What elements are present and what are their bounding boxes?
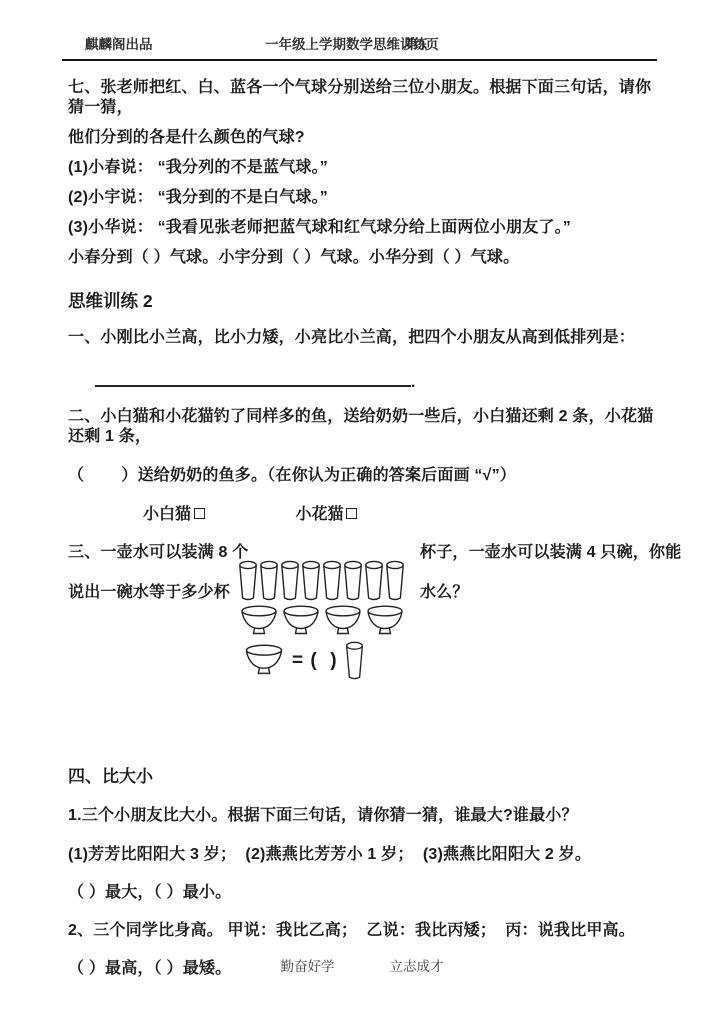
bowl-icon xyxy=(324,605,362,638)
worksheet-page: 麒麟阁出品 一年级上学期数学思维训练 第3页 七、张老师把红、白、蓝各一个气球分… xyxy=(0,0,724,1024)
option-white-cat-label: 小白猫 xyxy=(143,506,191,523)
cup-icon xyxy=(385,560,405,602)
cup-icon xyxy=(301,560,321,602)
header-publisher: 麒麟阁出品 xyxy=(85,33,153,53)
t2-q1-period: . xyxy=(411,374,415,391)
cup-icon xyxy=(344,641,365,681)
cup-icon xyxy=(280,560,300,602)
footer-motto-1: 勤奋好学 xyxy=(281,955,335,975)
bowl-icon xyxy=(242,644,286,678)
bowl-icon xyxy=(240,605,278,638)
cup-icon xyxy=(259,560,279,602)
header-rule xyxy=(62,59,657,61)
bowl-equals-cups-equation: = ( ) xyxy=(242,641,365,681)
cups-illustration-row xyxy=(238,560,405,602)
q4-p1-answer: （ ）最大，（ ）最小。 xyxy=(68,883,664,903)
header-page-number: 第3页 xyxy=(405,33,439,53)
cup-icon xyxy=(238,560,258,602)
q4-p1-line2: (1)芳芳比阳阳大 3 岁； (2)燕燕比芳芳小 1 岁； (3)燕燕比阳阳大 … xyxy=(68,845,664,865)
t2-q3: 三、一壶水可以装满 8 个 杯子，一壶水可以装满 4 只碗，你能 说出一碗水等于… xyxy=(68,543,664,679)
q7-answer-line: 小春分到（ ）气球。小宇分到（ ）气球。小华分到（ ）气球。 xyxy=(68,248,664,268)
q4-p2-line1: 2、三个同学比身高。 甲说：我比乙高； 乙说：我比丙矮； 丙：说我比甲高。 xyxy=(68,921,664,941)
equation-text: = ( ) xyxy=(292,650,338,672)
t2-q2-options: 小白猫 小花猫 xyxy=(143,505,664,525)
t2-q3-left-line2: 说出一碗水等于多少杯 xyxy=(68,583,230,603)
tabby-cat-checkbox[interactable] xyxy=(346,508,357,519)
t2-q2-line1: 二、小白猫和小花猫钓了同样多的鱼，送给奶奶一些后，小白猫还剩 2 条，小花猫还剩… xyxy=(68,407,664,447)
t2-q3-right-line1: 杯子，一壶水可以装满 4 只碗，你能 xyxy=(420,543,681,563)
q4-heading: 四、比大小 xyxy=(68,766,664,788)
white-cat-checkbox[interactable] xyxy=(194,508,205,519)
cup-icon xyxy=(364,560,384,602)
q4-p1-line1: 1.三个小朋友比大小。根据下面三句话，请你猜一猜，谁最大?谁最小？ xyxy=(68,806,664,826)
training2-heading: 思维训练 2 xyxy=(68,290,664,312)
t2-q1-text: 一、小刚比小兰高，比小力矮，小亮比小兰高，把四个小朋友从高到低排列是： xyxy=(68,328,664,348)
q7-line2: 他们分到的各是什么颜色的气球? xyxy=(68,128,664,148)
option-white-cat: 小白猫 xyxy=(143,505,205,525)
footer-motto: 勤奋好学 立志成才 xyxy=(0,955,724,975)
bowls-illustration-row xyxy=(240,605,404,638)
bowl-icon xyxy=(282,605,320,638)
t2-q1-blank-row: . xyxy=(95,372,664,391)
option-tabby-cat: 小花猫 xyxy=(295,505,357,525)
q7-clue2: (2)小宇说： “我分到的不是白气球。” xyxy=(68,188,664,208)
header-title: 一年级上学期数学思维训练 xyxy=(265,33,427,53)
option-tabby-cat-label: 小花猫 xyxy=(295,506,343,523)
t2-q3-right-line2: 水么？ xyxy=(420,583,469,603)
q7-line1: 七、张老师把红、白、蓝各一个气球分别送给三位小朋友。根据下面三句话，请你猜一猜， xyxy=(68,78,664,118)
footer-motto-2: 立志成才 xyxy=(390,955,444,975)
cup-icon xyxy=(322,560,342,602)
cup-icon xyxy=(343,560,363,602)
q7-clue1: (1)小春说： “我分列的不是蓝气球。” xyxy=(68,158,664,178)
worksheet-body: 七、张老师把红、白、蓝各一个气球分别送给三位小朋友。根据下面三句话，请你猜一猜，… xyxy=(68,78,664,989)
t2-q3-left-line1: 三、一壶水可以装满 8 个 xyxy=(68,543,248,563)
answer-blank-line[interactable] xyxy=(95,372,411,387)
t2-q2-line2: （ ）送给奶奶的鱼多。（在你认为正确的答案后面画 “√”） xyxy=(68,466,664,486)
bowl-icon xyxy=(366,605,404,638)
q7-clue3: (3)小华说： “我看见张老师把蓝气球和红气球分给上面两位小朋友了。” xyxy=(68,218,664,238)
